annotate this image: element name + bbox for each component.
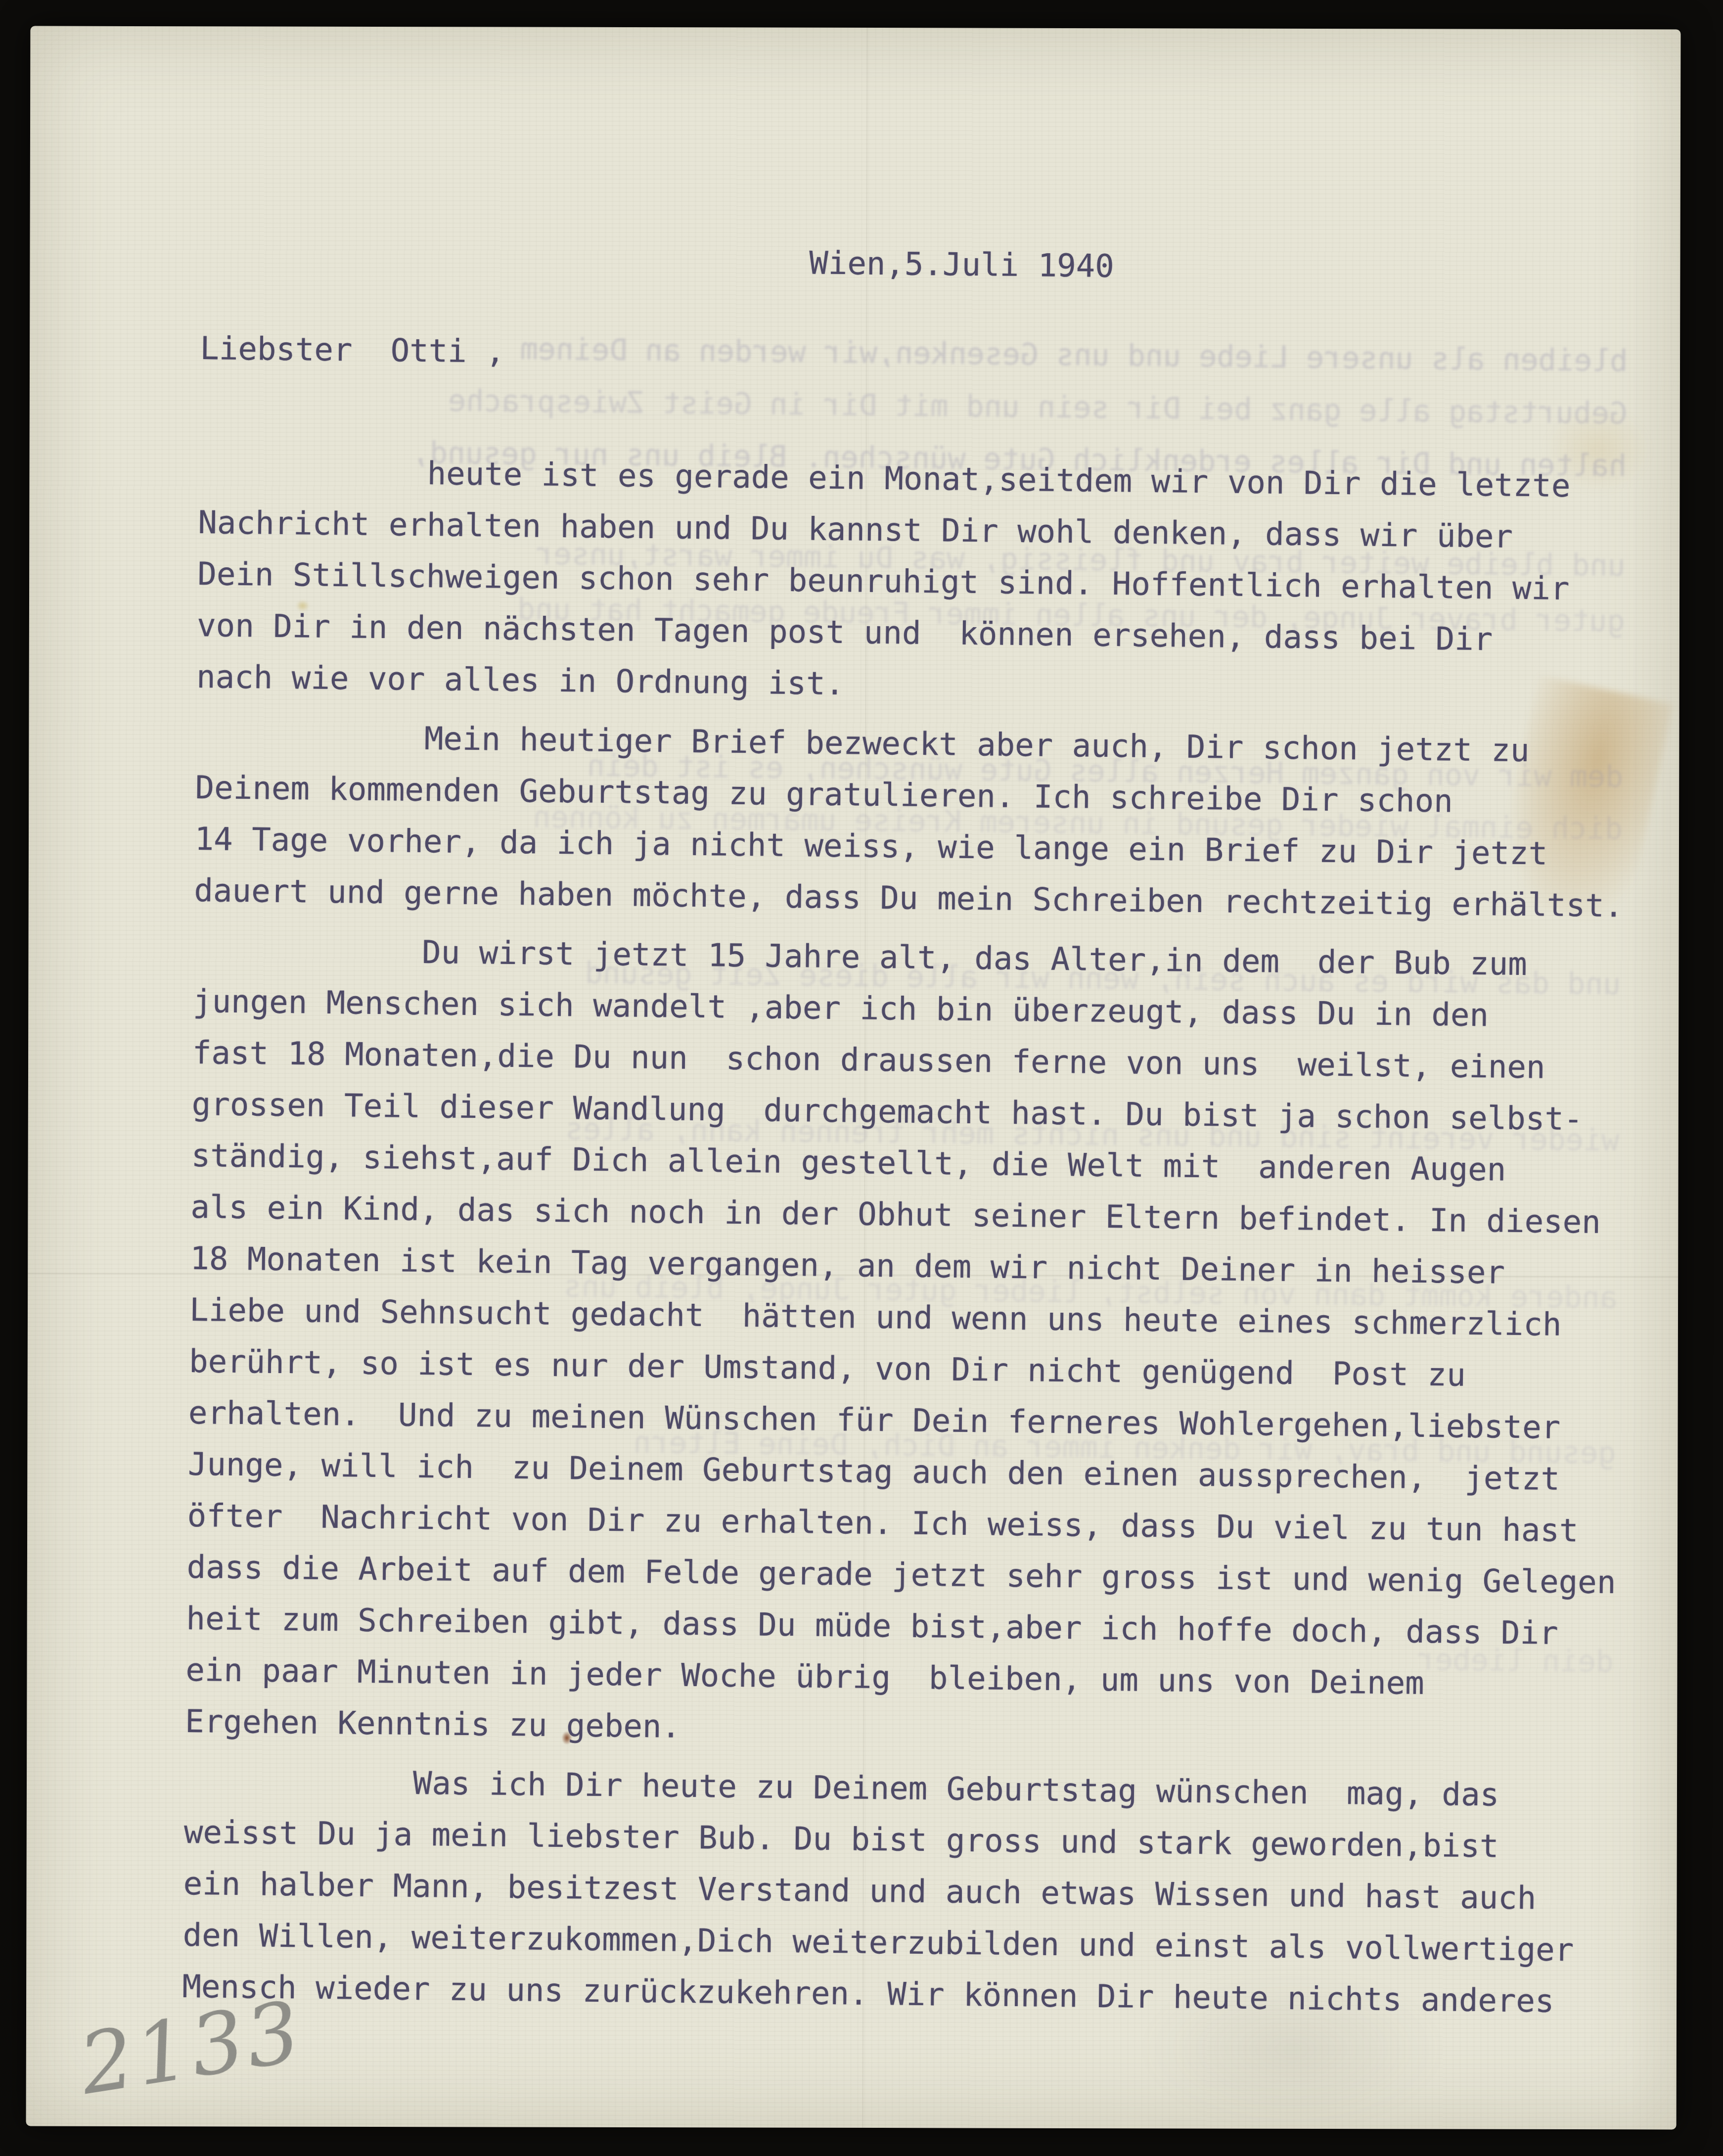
salutation: Liebster Otti , <box>200 323 505 378</box>
letter-paragraph: Du wirst jetzt 15 Jahre alt, das Alter,i… <box>185 924 1648 1763</box>
letter-body: heute ist es gerade ein Monat,seitdem wi… <box>182 446 1653 2036</box>
letter-paragraph: heute ist es gerade ein Monat,seitdem wi… <box>196 446 1653 719</box>
scanned-letter-page: { "letter": { "archival_number": "2133",… <box>0 0 1723 2156</box>
letter-content: bleiben als unsere Liebe und uns Gesenke… <box>26 26 1681 2130</box>
bleedthrough-ghost-line: Geburtstag alle ganz bei Dir sein und mi… <box>193 373 1628 438</box>
letter-page: bleiben als unsere Liebe und uns Gesenke… <box>26 26 1681 2130</box>
letter-paragraph: Was ich Dir heute zu Deinem Geburtstag w… <box>182 1755 1638 2028</box>
letter-paragraph: Mein heutiger Brief bezweckt aber auch, … <box>194 711 1650 932</box>
date-line: Wien,5.Juli 1940 <box>809 237 1115 292</box>
